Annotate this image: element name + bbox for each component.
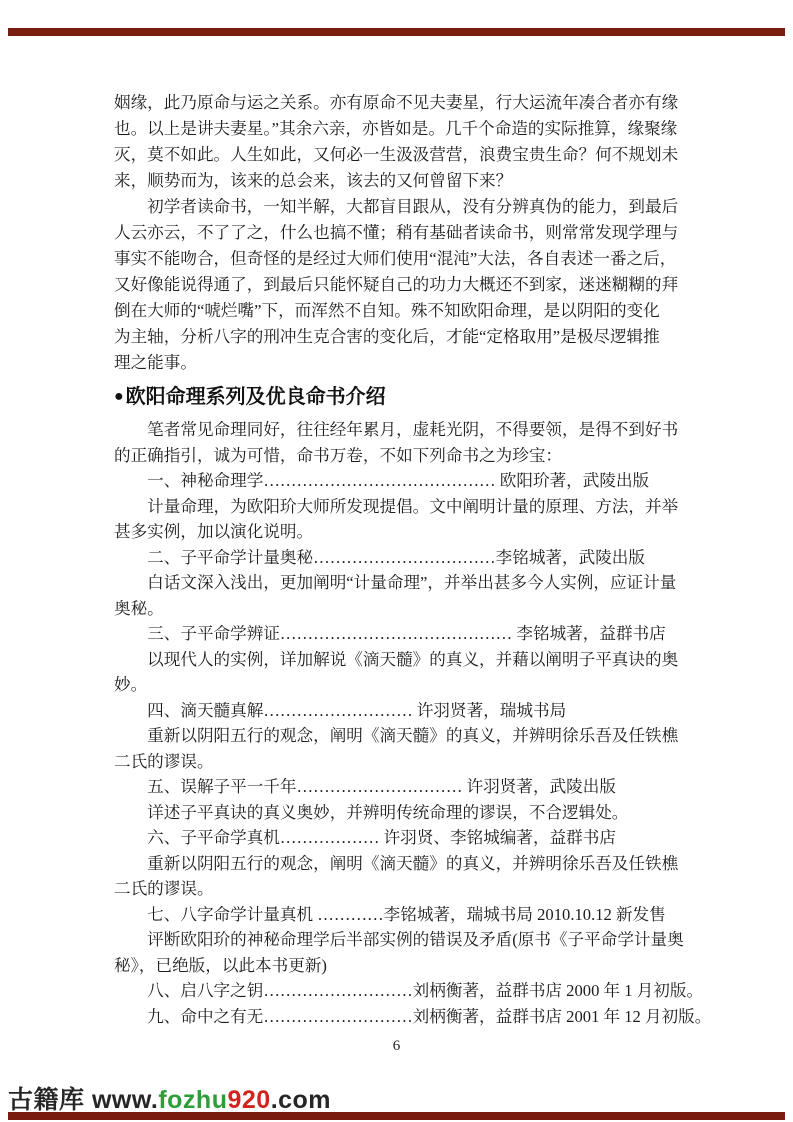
watermark-url-green: fozhu — [158, 1086, 227, 1114]
watermark-url-number: 920 — [227, 1086, 270, 1114]
text-line: 妙。 — [114, 672, 686, 698]
section-heading: ●欧阳命理系列及优良命书介绍 — [114, 380, 686, 409]
bottom-border-bar — [8, 1112, 785, 1120]
paragraph-beginner-readers: 初学者读命书，一知半解，大都盲目跟从，没有分辨真伪的能力，到最后人云亦云，不了了… — [114, 194, 686, 376]
text-line: 八、启八字之钥………………………刘柄衡著，益群书店 2000 年 1 月初版。 — [114, 978, 686, 1004]
text-line: 四、滴天髓真解……………………… 许羽贤著，瑞城书局 — [114, 698, 686, 724]
top-border-bar — [8, 28, 785, 36]
text-line: 秘》，已绝版，以此本书更新) — [114, 953, 686, 979]
text-line: 计量命理，为欧阳玠大师所发现提倡。文中阐明计量的原理、方法，并举 — [114, 494, 686, 520]
text-line: 奥秘。 — [114, 596, 686, 622]
text-line: 二氏的谬误。 — [114, 749, 686, 775]
text-line: 三、子平命学辨证…………………………………… 李铭城著，益群书店 — [114, 621, 686, 647]
text-line: 笔者常见命理同好，往往经年累月，虚耗光阴，不得要领，是得不到好书 — [114, 417, 686, 443]
text-line: 七、八字命学计量真机 …………李铭城著，瑞城书局 2010.10.12 新发售 — [114, 902, 686, 928]
text-line: 甚多实例，加以演化说明。 — [114, 519, 686, 545]
watermark-url-prefix: www. — [85, 1086, 159, 1114]
text-line: 事实不能吻合，但奇怪的是经过大师们使用“混沌”大法，各自表述一番之后， — [114, 246, 686, 272]
text-line: 又好像能说得通了，到最后只能怀疑自己的功力大概还不到家，迷迷糊糊的拜 — [114, 272, 686, 298]
text-line: 重新以阴阳五行的观念，阐明《滴天髓》的真义，并辨明徐乐吾及任铁樵 — [114, 851, 686, 877]
text-line: 初学者读命书，一知半解，大都盲目跟从，没有分辨真伪的能力，到最后 — [114, 194, 686, 220]
text-line: 姻缘，此乃原命与运之关系。亦有原命不见夫妻星，行大运流年凑合者亦有缘 — [114, 90, 686, 116]
text-line: 以现代人的实例，详加解说《滴天髓》的真义，并藉以阐明子平真诀的奥 — [114, 647, 686, 673]
text-line: 二氏的谬误。 — [114, 876, 686, 902]
text-line: 评断欧阳玠的神秘命理学后半部实例的错误及矛盾(原书《子平命学计量奥 — [114, 927, 686, 953]
page-number: 6 — [0, 1038, 793, 1055]
text-line: 的正确指引，诚为可惜，命书万卷，不如下列命书之为珍宝： — [114, 443, 686, 469]
text-line: 重新以阴阳五行的观念，阐明《滴天髓》的真义，并辨明徐乐吾及任铁樵 — [114, 723, 686, 749]
document-page: 姻缘，此乃原命与运之关系。亦有原命不见夫妻星，行大运流年凑合者亦有缘也。以上是讲… — [0, 0, 793, 1122]
bullet-icon: ● — [114, 388, 124, 405]
text-line: 五、误解子平一千年………………………… 许羽贤著，武陵出版 — [114, 774, 686, 800]
intro-paragraph: 笔者常见命理同好，往往经年累月，虚耗光阴，不得要领，是得不到好书的正确指引，诚为… — [114, 417, 686, 468]
text-line: 来，顺势而为，该来的总会来，该去的又何曾留下来？ — [114, 168, 686, 194]
text-line: 倒在大师的“唬烂嘴”下，而浑然不自知。殊不知欧阳命理，是以阴阳的变化 — [114, 298, 686, 324]
paragraph-marriage-fate: 姻缘，此乃原命与运之关系。亦有原命不见夫妻星，行大运流年凑合者亦有缘也。以上是讲… — [114, 90, 686, 194]
text-line: 一、神秘命理学…………………………………… 欧阳玠著，武陵出版 — [114, 468, 686, 494]
text-line: 九、命中之有无………………………刘柄衡著，益群书店 2001 年 12 月初版。 — [114, 1004, 686, 1030]
text-line: 也。以上是讲夫妻星。”其余六亲，亦皆如是。几千个命造的实际推算，缘聚缘 — [114, 116, 686, 142]
watermark-site-name: 古籍库 — [8, 1086, 85, 1114]
text-line: 二、子平命学计量奥秘……………………………李铭城著，武陵出版 — [114, 545, 686, 571]
text-line: 人云亦云，不了了之，什么也搞不懂；稍有基础者读命书，则常常发现学理与 — [114, 220, 686, 246]
text-line: 为主轴，分析八字的刑冲生克合害的变化后，才能“定格取用”是极尽逻辑推 — [114, 324, 686, 350]
watermark-url-suffix: .com — [271, 1086, 331, 1114]
section-heading-text: 欧阳命理系列及优良命书介绍 — [126, 386, 386, 408]
text-line: 六、子平命学真机……………… 许羽贤、李铭城编著，益群书店 — [114, 825, 686, 851]
text-line: 理之能事。 — [114, 350, 686, 376]
watermark: 古籍库 www.fozhu920.com — [8, 1080, 331, 1116]
recommended-book-list: 一、神秘命理学…………………………………… 欧阳玠著，武陵出版 计量命理，为欧阳… — [114, 468, 686, 1029]
text-line: 白话文深入浅出，更加阐明“计量命理”，并举出甚多今人实例，应证计量 — [114, 570, 686, 596]
text-line: 灭，莫不如此。人生如此，又何必一生汲汲营营，浪费宝贵生命？何不规划未 — [114, 142, 686, 168]
text-line: 详述子平真诀的真义奥妙，并辨明传统命理的谬误，不合逻辑处。 — [114, 800, 686, 826]
